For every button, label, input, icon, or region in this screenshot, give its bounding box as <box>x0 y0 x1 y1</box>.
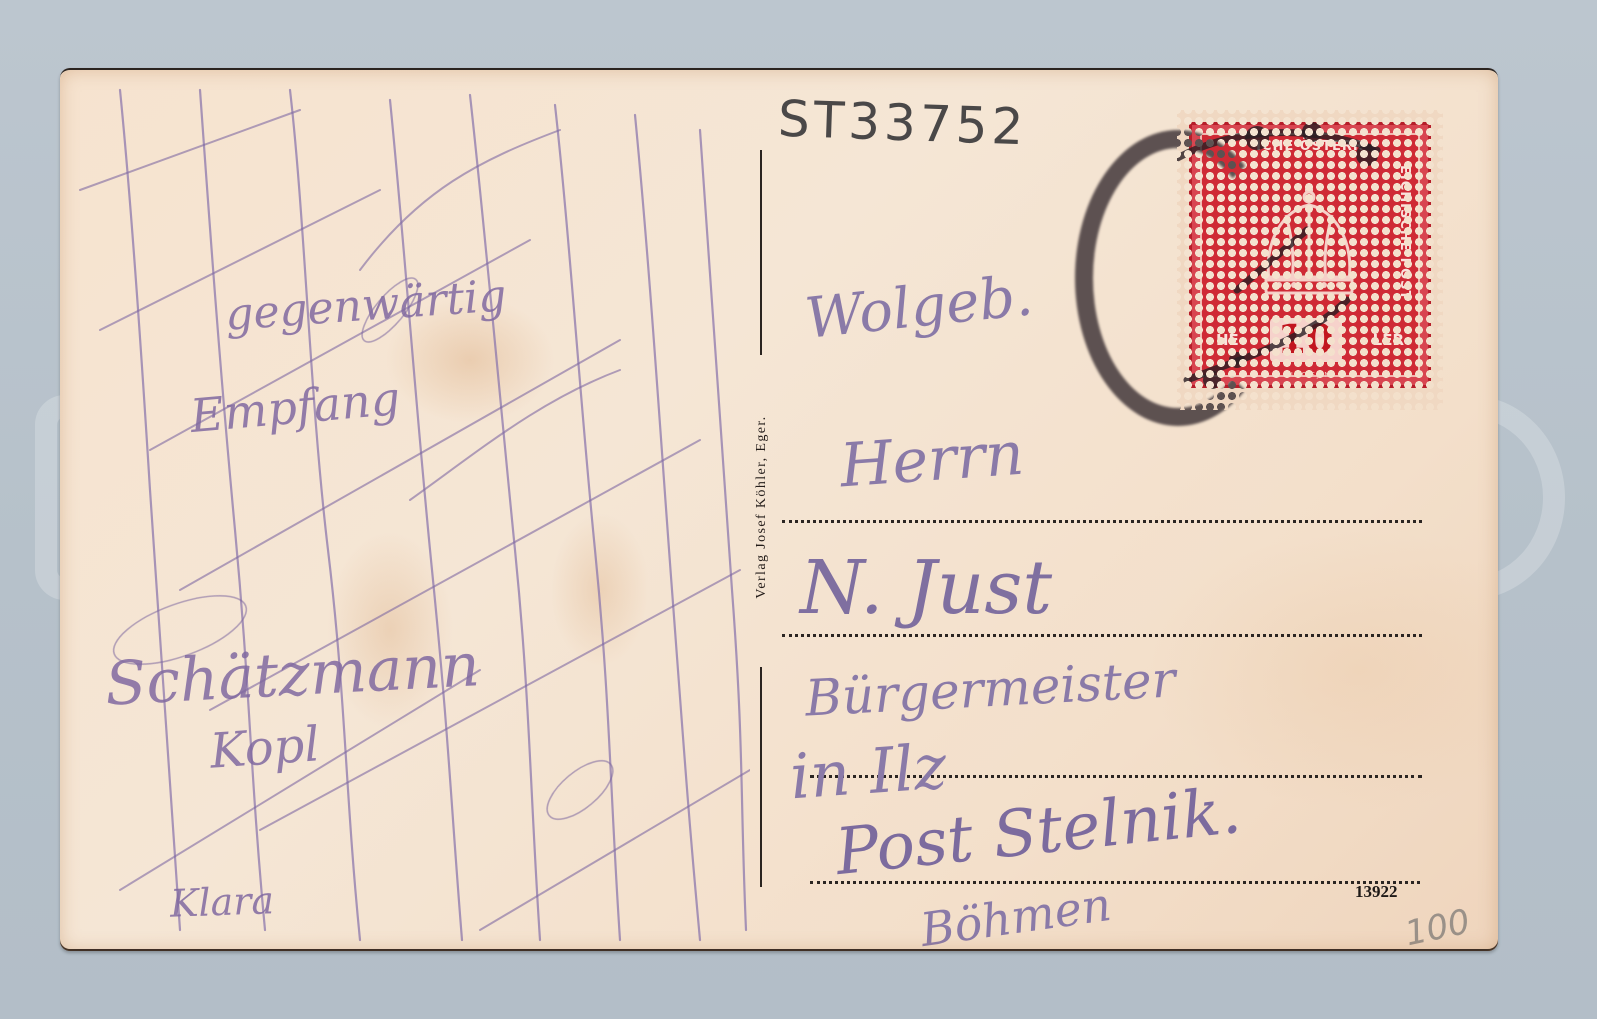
crown-icon <box>1254 185 1364 305</box>
stamp-currency-right: LER <box>1373 331 1404 349</box>
handwriting-strokes <box>60 70 750 951</box>
card-number: 13922 <box>1355 882 1398 902</box>
publisher-imprint: Verlag Josef Köhler, Eger. <box>754 415 770 598</box>
stamp-right-inscription: EICHISCHE·POST <box>1397 165 1412 300</box>
stamp-currency-left: HE <box>1216 331 1239 349</box>
address-line-2 <box>782 634 1422 637</box>
address-region: Böhmen <box>917 877 1114 951</box>
address-line-1 <box>782 520 1422 523</box>
stamp-value-row: HE 10 LER <box>1216 317 1404 363</box>
postage-stamp: ICHE ÖSTERR EICHISCHE·POST HE 10 LER RUD… <box>1177 110 1443 410</box>
inventory-id: ST33752 <box>777 90 1028 157</box>
address-title: Herrn <box>838 419 1026 502</box>
postcard: gegenwärtig Empfang Schätzmann Kopl Klar… <box>60 68 1498 951</box>
stamp-top-inscription: ICHE ÖSTERR <box>1192 139 1428 154</box>
message-line: Klara <box>169 878 275 926</box>
address-name: N. Just <box>800 545 1052 631</box>
stamp-face: ICHE ÖSTERR EICHISCHE·POST HE 10 LER RUD… <box>1189 122 1431 388</box>
center-divider-top <box>760 150 762 355</box>
message-area: gegenwärtig Empfang Schätzmann Kopl Klar… <box>60 70 750 951</box>
address-town: in Ilz <box>788 730 949 814</box>
pencil-price-note: 100 <box>1402 902 1474 951</box>
address-office: Bürgermeister <box>804 650 1177 727</box>
center-divider-bottom <box>760 667 762 887</box>
stamp-value: 10 <box>1270 318 1342 362</box>
stamp-engraver: RUDOLF JUNK <box>1192 371 1428 379</box>
message-line: Kopl <box>208 716 321 780</box>
address-salutation: Wolgeb. <box>802 263 1036 351</box>
